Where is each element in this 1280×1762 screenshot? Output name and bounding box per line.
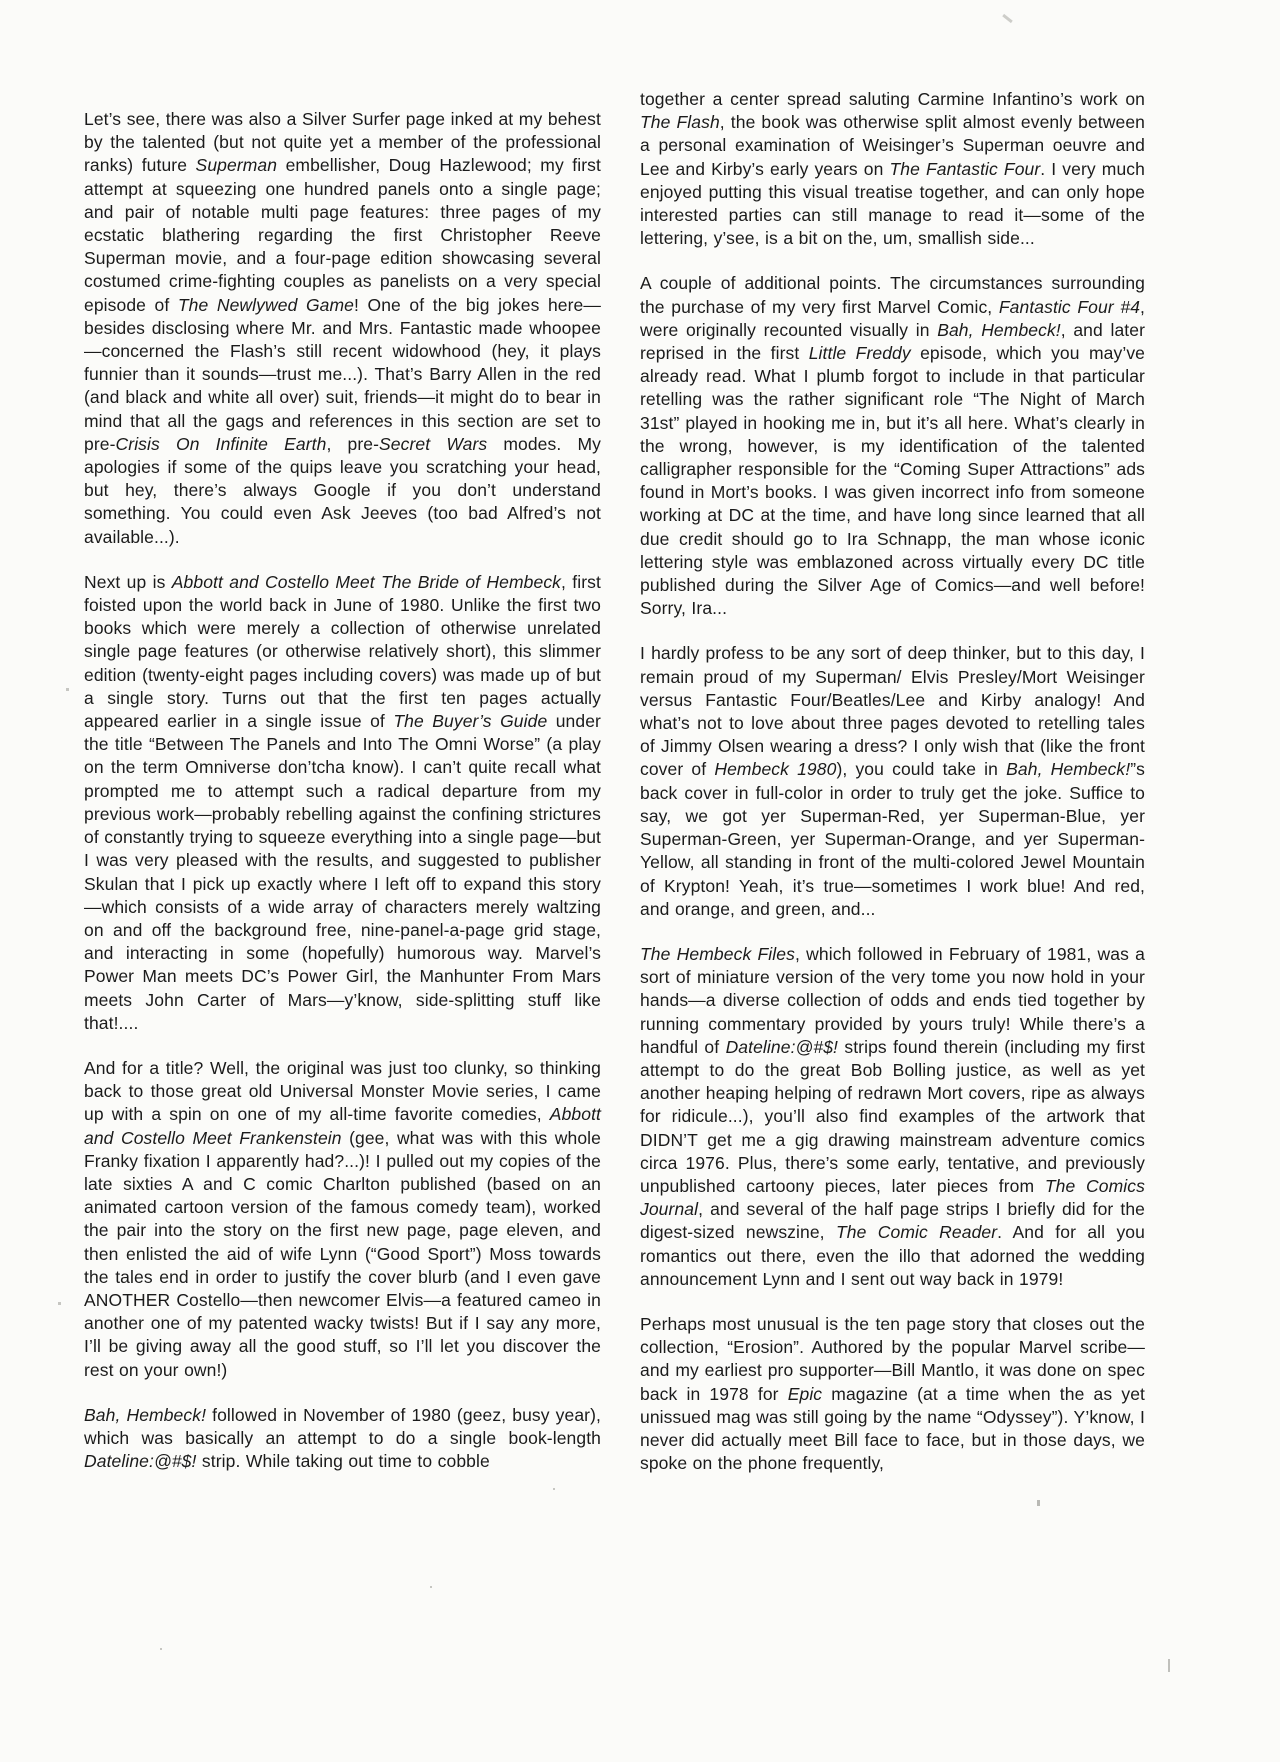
italic-text: Bah, Hembeck!	[1006, 759, 1130, 779]
italic-text: Superman	[196, 155, 278, 175]
body-text: ! One of the big jokes here—besides disc…	[84, 295, 601, 454]
scan-speck	[66, 688, 69, 691]
scan-speck	[430, 1586, 432, 1588]
italic-text: Epic	[788, 1384, 822, 1404]
body-text: under the title “Between The Panels and …	[84, 711, 601, 1033]
paragraph: Bah, Hembeck! followed in November of 19…	[84, 1404, 601, 1474]
italic-text: Abbott and Costello Meet The Bride of He…	[172, 572, 561, 592]
body-text: episode, which you may’ve already read. …	[640, 343, 1145, 618]
italic-text: Dateline:@#$!	[84, 1451, 196, 1471]
body-text: together a center spread saluting Carmin…	[640, 89, 1145, 109]
scan-speck	[58, 1302, 61, 1305]
italic-text: Secret Wars	[379, 434, 487, 454]
paragraph: I hardly profess to be any sort of deep …	[640, 642, 1145, 920]
scanned-book-page: Let’s see, there was also a Silver Surfe…	[0, 0, 1280, 1762]
body-text: ), you could take in	[836, 759, 1006, 779]
italic-text: The Newlywed Game	[178, 295, 354, 315]
body-text: , pre-	[326, 434, 379, 454]
italic-text: The Flash	[640, 112, 720, 132]
scan-speck	[160, 1648, 162, 1650]
paragraph: And for a title? Well, the original was …	[84, 1057, 601, 1382]
paragraph: Perhaps most unusual is the ten page sto…	[640, 1313, 1145, 1475]
italic-text: Bah, Hembeck!	[937, 320, 1061, 340]
paragraph: Let’s see, there was also a Silver Surfe…	[84, 108, 601, 549]
scan-speck	[1168, 1659, 1170, 1672]
body-text: strips found therein (including my first…	[640, 1037, 1145, 1196]
italic-text: The Comic Reader	[836, 1222, 997, 1242]
paragraph: together a center spread saluting Carmin…	[640, 88, 1145, 250]
italic-text: The Hembeck Files	[640, 944, 795, 964]
body-text: (gee, what was with this whole Franky fi…	[84, 1128, 601, 1380]
italic-text: Fantastic Four #4	[999, 297, 1140, 317]
body-text: embellisher, Doug Hazlewood; my first at…	[84, 155, 601, 314]
body-text: strip. While taking out time to cobble	[196, 1451, 489, 1471]
paragraph: The Hembeck Files, which followed in Feb…	[640, 943, 1145, 1291]
italic-text: The Buyer’s Guide	[393, 711, 547, 731]
scan-speck	[1037, 1500, 1040, 1506]
text-column-left: Let’s see, there was also a Silver Surfe…	[84, 108, 601, 1495]
paragraph: Next up is Abbott and Costello Meet The …	[84, 571, 601, 1035]
scan-speck	[553, 1488, 555, 1490]
italic-text: The Fantastic Four	[889, 159, 1040, 179]
italic-text: Dateline:@#$!	[726, 1037, 838, 1057]
scan-speck	[1002, 14, 1013, 23]
paragraph: A couple of additional points. The circu…	[640, 272, 1145, 620]
body-text: ”s back cover in full-color in order to …	[640, 759, 1145, 918]
italic-text: Bah, Hembeck!	[84, 1405, 206, 1425]
body-text: Next up is	[84, 572, 172, 592]
italic-text: Hembeck 1980	[714, 759, 836, 779]
italic-text: Little Freddy	[809, 343, 911, 363]
italic-text: Crisis On Infinite Earth	[116, 434, 327, 454]
body-text: , first foisted upon the world back in J…	[84, 572, 601, 731]
body-text: And for a title? Well, the original was …	[84, 1058, 601, 1124]
text-column-right: together a center spread saluting Carmin…	[640, 88, 1145, 1497]
